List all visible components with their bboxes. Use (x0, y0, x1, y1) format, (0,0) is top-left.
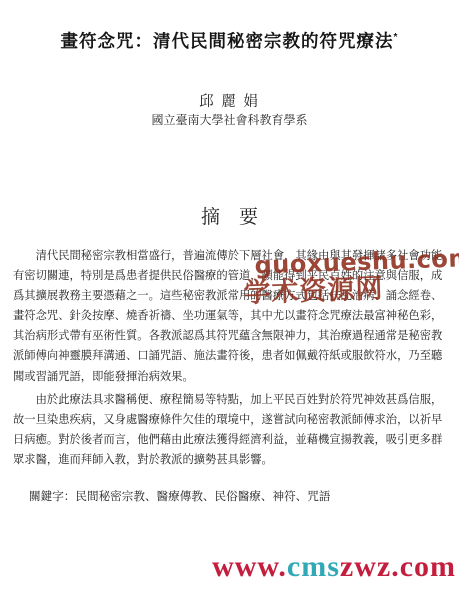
abstract-line: 聞或習誦咒語，即能發揮治病效果。 (13, 367, 449, 387)
abstract-line: 其治病形式帶有巫術性質。各教派認爲其符咒蘊含無限神力，其治療過程通常是秘密教 (13, 326, 449, 346)
document-page: 畫符念咒：清代民間秘密宗教的符咒療法* 邱 麗 娟 國立臺南大學社會科教育學系 … (0, 0, 459, 590)
paper-title-text: 畫符念咒：清代民間秘密宗教的符咒療法 (61, 31, 394, 51)
abstract-line: 畫符念咒、針灸按摩、燒香祈禱、坐功運氣等，其中尤以畫符念咒療法最富神秘色彩， (13, 306, 449, 326)
abstract-line: 故一旦染患疾病，又身處醫療條件欠佳的環境中，遂嘗試向秘密教派師傅求治，以祈早 (13, 410, 449, 430)
abstract-line: 日病癒。對於後者而言，他們藉由此療法獲得經濟利益，並藉機宣揚教義，吸引更多群 (13, 430, 449, 450)
keywords-text: 民間秘密宗教、醫療傳教、民俗醫療、神符、咒語 (75, 490, 330, 503)
abstract-line: 由於此療法具求醫稱便、療程簡易等特點，加上平民百姓對於符咒神效甚爲信服， (13, 390, 449, 410)
abstract-line: 有密切關連，特別是爲患者提供民俗醫療的管道，頗能得到平民百姓的注意與信服，成 (13, 266, 449, 286)
footer-url-segment: www. (212, 550, 287, 583)
abstract-line: 眾求醫，進而拜師入教，對於教派的擴勢甚具影響。 (13, 450, 449, 470)
abstract-paragraph-2: 由於此療法具求醫稱便、療程簡易等特點，加上平民百姓對於符咒神效甚爲信服，故一旦染… (13, 390, 449, 470)
keywords-line: 關鍵字：民間秘密宗教、醫療傳教、民俗醫療、神符、咒語 (29, 488, 330, 504)
abstract-paragraph-1: 清代民間秘密宗教相當盛行，普遍流傳於下層社會，其緣由與其發揮諸多社會功能有密切關… (13, 246, 449, 387)
footer-url-segment: cms (287, 550, 340, 583)
title-footnote-mark: * (394, 32, 399, 43)
footer-url-segment: zwz (340, 550, 391, 583)
author-name: 邱 麗 娟 (0, 90, 459, 111)
author-affiliation: 國立臺南大學社會科教育學系 (0, 111, 459, 128)
abstract-line: 清代民間秘密宗教相當盛行，普遍流傳於下層社會，其緣由與其發揮諸多社會功能 (13, 246, 449, 266)
paper-title: 畫符念咒：清代民間秘密宗教的符咒療法* (0, 28, 459, 53)
abstract-line: 爲其擴展教務主要憑藉之一。這些秘密教派常用的醫療方式包括扶乩治病、誦念經卷、 (13, 286, 449, 306)
abstract-line: 派師傅向神靈膜拜溝通、口誦咒語、施法畫符後，患者如佩戴符紙或服飲符水，乃至聽 (13, 346, 449, 366)
footer-url-segment: .com (391, 550, 456, 583)
footer-watermark-url: www.cmszwz.com (212, 552, 456, 582)
abstract-heading: 摘 要 (0, 202, 459, 229)
keywords-label: 關鍵字： (29, 490, 75, 503)
